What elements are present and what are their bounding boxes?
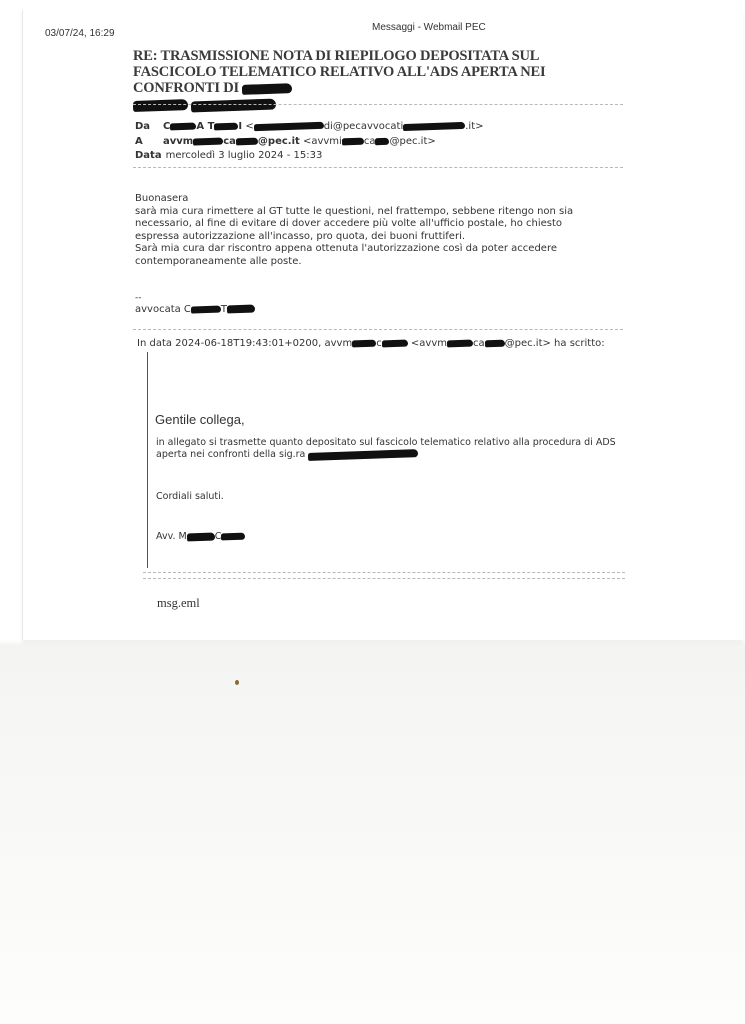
divider — [133, 104, 623, 105]
signature-separator: -- — [135, 293, 142, 303]
quote-bar — [147, 352, 148, 568]
scan-speck — [235, 680, 239, 685]
redaction-mark — [342, 137, 364, 145]
subject-text: RE: TRASMISSIONE NOTA DI RIEPILOGO DEPOS… — [133, 48, 545, 96]
redaction-mark — [191, 99, 276, 113]
header-from: DaCA TI <di@pecavvocati.it> — [135, 120, 484, 134]
body-paragraph: Buonasera — [135, 193, 605, 206]
redaction-mark — [382, 339, 408, 347]
redaction-mark — [236, 137, 258, 145]
to-address[interactable]: <avvmica@pec.it> — [303, 136, 436, 147]
attachment-link[interactable]: msg.eml — [157, 596, 200, 611]
redaction-mark — [447, 339, 473, 347]
print-page-title: Messaggi - Webmail PEC — [372, 22, 486, 33]
redaction-mark — [187, 532, 215, 541]
quoted-signature: Avv. MC — [156, 531, 245, 542]
redaction-mark — [214, 122, 238, 130]
divider — [143, 572, 625, 573]
from-address[interactable]: <di@pecavvocati.it> — [245, 121, 483, 132]
redaction-mark — [242, 83, 292, 95]
redaction-mark — [133, 99, 188, 112]
divider — [133, 167, 623, 168]
email-subject: RE: TRASMISSIONE NOTA DI RIEPILOGO DEPOS… — [133, 48, 603, 112]
divider — [133, 329, 623, 330]
email-body: Buonasera sarà mia cura rimettere al GT … — [135, 193, 605, 268]
date-value: mercoledì 3 luglio 2024 - 15:33 — [166, 150, 323, 161]
print-datetime: 03/07/24, 16:29 — [45, 28, 115, 39]
redaction-mark — [403, 121, 465, 130]
redaction-mark — [375, 137, 389, 144]
from-label: Da — [135, 120, 163, 134]
header-to: Aavvmca@pec.it <avvmica@pec.it> — [135, 135, 436, 149]
to-label: A — [135, 135, 163, 149]
quoted-closing: Cordiali saluti. — [156, 491, 224, 502]
redaction-mark — [170, 122, 196, 130]
quoted-greeting: Gentile collega, — [155, 412, 245, 427]
body-paragraph: Sarà mia cura dar riscontro appena otten… — [135, 243, 605, 268]
redaction-mark — [221, 533, 245, 541]
redaction-mark — [193, 137, 223, 145]
redaction-mark — [191, 305, 221, 313]
header-date: Datamercoledì 3 luglio 2024 - 15:33 — [135, 149, 322, 163]
redaction-mark — [485, 339, 505, 347]
divider — [143, 578, 625, 579]
date-label: Data — [135, 149, 162, 163]
redaction-mark — [254, 121, 324, 130]
quoted-body: in allegato si trasmette quanto deposita… — [156, 437, 626, 461]
signature: avvocata CT — [135, 304, 255, 315]
body-paragraph: sarà mia cura rimettere al GT tutte le q… — [135, 206, 605, 244]
quoted-intro: In data 2024-06-18T19:43:01+0200, avvmc … — [137, 338, 605, 349]
redaction-mark — [308, 449, 418, 461]
redaction-mark — [227, 305, 255, 314]
redaction-mark — [352, 339, 376, 347]
